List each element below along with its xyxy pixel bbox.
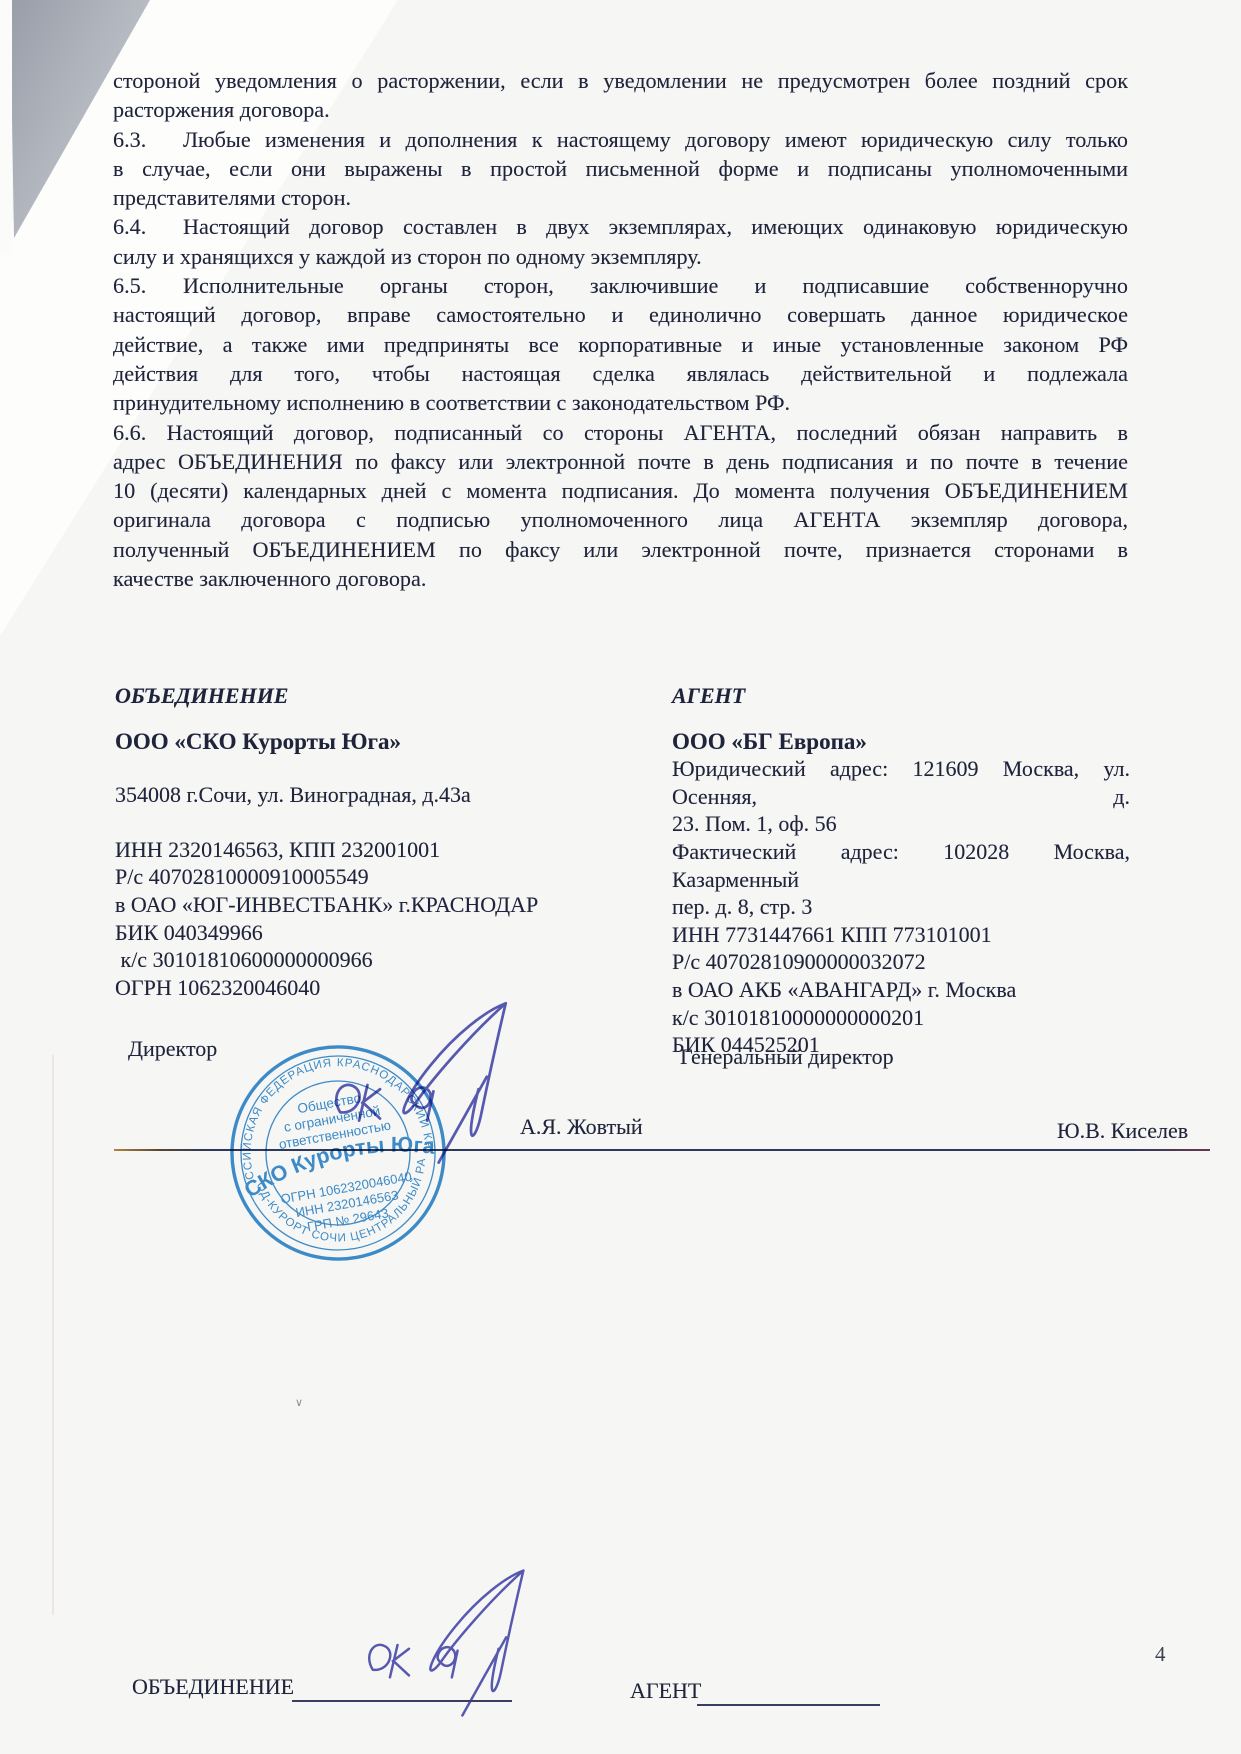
clause-6-4-line: 6.4.Настоящий договор составлен в двух э… — [113, 212, 1128, 241]
clause-6-5-line: настоящий договор, вправе самостоятельно… — [113, 300, 1128, 329]
agent-legal-address: 23. Пом. 1, оф. 56 — [672, 810, 1130, 838]
clause-6-5-line: принудительному исполнению в соответстви… — [113, 388, 1128, 417]
paragraph-line: стороной уведомления о расторжении, если… — [113, 66, 1128, 95]
clause-6-6-line: полученный ОБЪЕДИНЕНИЕМ по факсу или эле… — [113, 535, 1128, 564]
clause-6-5-line: 6.5.Исполнительные органы сторон, заключ… — [113, 271, 1128, 300]
agent-actual-address: Фактический адрес: 102028 Москва, Казарм… — [672, 838, 1130, 893]
association-corr-account: к/с 30101810600000000966 — [115, 946, 585, 974]
clause-number: 6.3. — [113, 125, 183, 154]
association-inn-kpp: ИНН 2320146563, КПП 232001001 — [115, 836, 585, 864]
paragraph-line: расторжения договора. — [113, 95, 1128, 124]
party-column-association: ОБЪЕДИНЕНИЕ ООО «СКО Курорты Юга» 354008… — [115, 682, 585, 1001]
agent-company-name: ООО «БГ Европа» — [672, 728, 1130, 756]
scanned-contract-page: { "ink_color": "#20243a", "stamp_color":… — [0, 0, 1241, 1754]
association-account: Р/с 40702810000910005549 — [115, 863, 585, 891]
clause-number: 6.4. — [113, 212, 183, 241]
footer-agent-label: АГЕНТ — [630, 1678, 701, 1704]
clause-6-3-line: представителями сторон. — [113, 183, 1128, 212]
clause-6-5-line: действия для того, чтобы настоящая сделк… — [113, 359, 1128, 388]
clause-6-3-line: в случае, если они выражены в простой пи… — [113, 154, 1128, 183]
association-address: 354008 г.Сочи, ул. Виноградная, д.43а — [115, 781, 585, 809]
agent-actual-address: пер. д. 8, стр. 3 — [672, 893, 1130, 921]
footer-agent-signline — [697, 1704, 880, 1706]
association-signer-name: А.Я. Жовтый — [520, 1114, 643, 1140]
clause-6-6-line: адрес ОБЪЕДИНЕНИЯ по факсу или электронн… — [113, 447, 1128, 476]
agent-corr-account: к/с 30101810000000000201 — [672, 1004, 1130, 1032]
association-company-name: ООО «СКО Курорты Юга» — [115, 728, 585, 756]
association-signer-title: Директор — [128, 1036, 217, 1062]
footer-association-signline — [292, 1700, 512, 1702]
footer-association-label: ОБЪЕДИНЕНИЕ — [132, 1674, 294, 1700]
agent-legal-address: Юридический адрес: 121609 Москва, ул. Ос… — [672, 755, 1130, 810]
clause-6-3-line: 6.3.Любые изменения и дополнения к насто… — [113, 125, 1128, 154]
agent-signer-name: Ю.В. Киселев — [1057, 1118, 1188, 1144]
scan-speck: ∨ — [295, 1396, 303, 1409]
agent-bank: в ОАО АКБ «АВАНГАРД» г. Москва — [672, 976, 1130, 1004]
clause-6-6-line: оригинала договора с подписью уполномоче… — [113, 505, 1128, 534]
clause-6-5-line: действие, а также ими предприняты все ко… — [113, 330, 1128, 359]
agent-signer-title: Генеральный директор — [680, 1044, 894, 1070]
clause-6-6-line: 6.6. Настоящий договор, подписанный со с… — [113, 418, 1128, 447]
clause-6-6-line: качестве заключенного договора. — [113, 564, 1128, 593]
clause-6-4-line: силу и хранящихся у каждой из сторон по … — [113, 242, 1128, 271]
clause-number: 6.5. — [113, 271, 183, 300]
signature-director — [318, 995, 530, 1173]
contract-body-text: стороной уведомления о расторжении, если… — [113, 66, 1128, 593]
party-role-association: ОБЪЕДИНЕНИЕ — [115, 682, 585, 710]
association-bank: в ОАО «ЮГ-ИНВЕСТБАНК» г.КРАСНОДАР — [115, 891, 585, 919]
scan-edge-strip — [0, 0, 12, 255]
party-role-agent: АГЕНТ — [672, 682, 1130, 710]
agent-inn-kpp: ИНН 7731447661 КПП 773101001 — [672, 921, 1130, 949]
scan-edge-line — [52, 1055, 54, 1615]
clause-6-6-line: 10 (десяти) календарных дней с момента п… — [113, 476, 1128, 505]
party-column-agent: АГЕНТ ООО «БГ Европа» Юридический адрес:… — [672, 682, 1130, 1059]
page-number: 4 — [1155, 1642, 1166, 1667]
association-bik: БИК 040349966 — [115, 919, 585, 947]
agent-account: Р/с 40702810900000032072 — [672, 948, 1130, 976]
